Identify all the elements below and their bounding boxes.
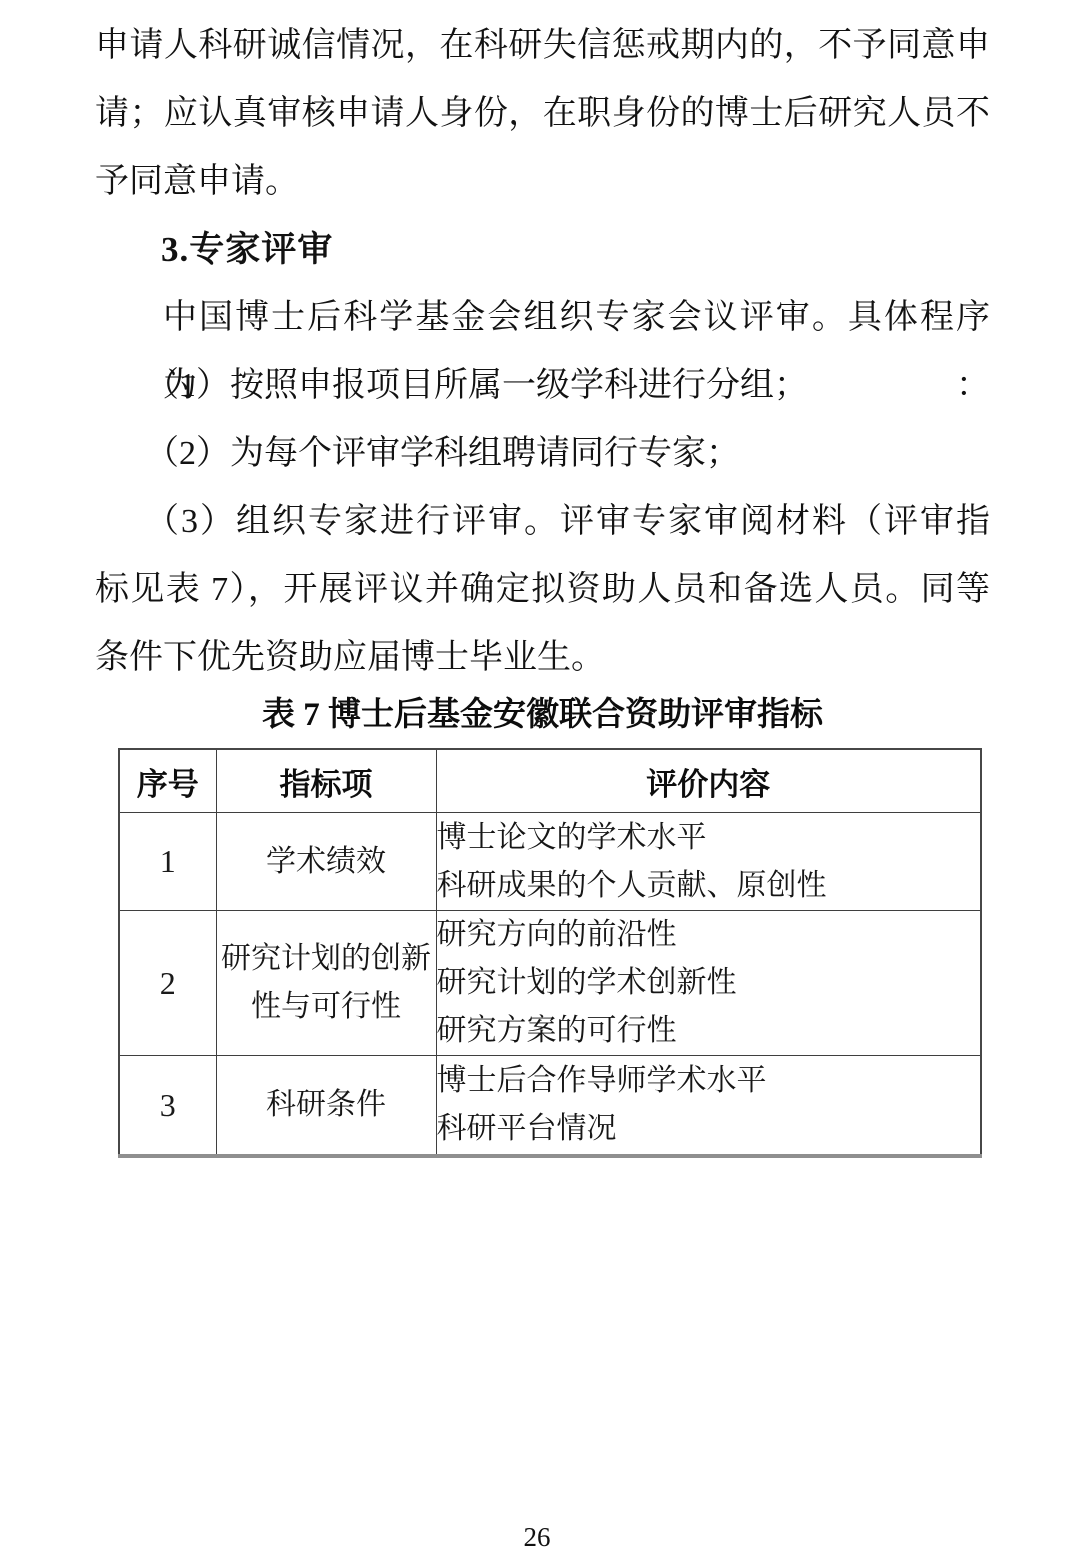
list-item: （2）为每个评审学科组聘请同行专家； [95,420,990,488]
table-cell-item: 科研条件 [216,1056,436,1157]
content-line: 博士论文的学术水平 [437,814,981,862]
item-line: 研究计划的创新 [217,935,436,983]
section-heading: 3.专家评审 [95,216,990,284]
content-line: 研究方向的前沿性 [437,911,981,959]
table-header-cell: 序号 [119,749,216,813]
table-row: 2 研究计划的创新 性与可行性 研究方向的前沿性 研究计划的学术创新性 研究方案… [119,911,981,1056]
table-cell-content: 博士论文的学术水平 科研成果的个人贡献、原创性 [436,813,981,911]
table-cell-no: 3 [119,1056,216,1157]
table-row: 3 科研条件 博士后合作导师学术水平 科研平台情况 [119,1056,981,1157]
paragraph-line: 中国博士后科学基金会组织专家会议评审。具体程序为： [95,284,990,352]
list-item-line: （3）组织专家进行评审。评审专家审阅材料（评审指 [95,488,990,556]
paragraph-line: 申请人科研诚信情况，在科研失信惩戒期内的，不予同意申 [95,12,990,80]
table-cell-item: 学术绩效 [216,813,436,911]
table-cell-no: 2 [119,911,216,1056]
table-row: 1 学术绩效 博士论文的学术水平 科研成果的个人贡献、原创性 [119,813,981,911]
table-cell-item: 研究计划的创新 性与可行性 [216,911,436,1056]
table-header-row: 序号 指标项 评价内容 [119,749,981,813]
page-number: 26 [0,1522,1074,1548]
paragraph-line: 标见表 7），开展评议并确定拟资助人员和备选人员。同等 [95,556,990,624]
table-cell-content: 博士后合作导师学术水平 科研平台情况 [436,1056,981,1157]
paragraph-line: 请；应认真审核申请人身份，在职身份的博士后研究人员不 [95,80,990,148]
document-body: 申请人科研诚信情况，在科研失信惩戒期内的，不予同意申 请；应认真审核申请人身份，… [95,12,990,1158]
content-line: 研究方案的可行性 [437,1007,981,1055]
review-criteria-table: 序号 指标项 评价内容 1 学术绩效 博士论文的学术水平 科研成果的个人贡献、原… [118,748,982,1158]
item-line: 学术绩效 [217,838,436,886]
document-page: 申请人科研诚信情况，在科研失信惩戒期内的，不予同意申 请；应认真审核申请人身份，… [0,0,1080,1548]
content-line: 博士后合作导师学术水平 [437,1057,981,1105]
table-cell-content: 研究方向的前沿性 研究计划的学术创新性 研究方案的可行性 [436,911,981,1056]
content-line: 研究计划的学术创新性 [437,959,981,1007]
table-header-cell: 指标项 [216,749,436,813]
paragraph-line: 条件下优先资助应届博士毕业生。 [95,624,990,692]
table-header-cell: 评价内容 [436,749,981,813]
paragraph-line: 予同意申请。 [95,148,990,216]
content-line: 科研平台情况 [437,1105,981,1153]
table-cell-no: 1 [119,813,216,911]
item-line: 科研条件 [217,1081,436,1129]
table-title: 表 7 博士后基金安徽联合资助评审指标 [95,692,990,738]
content-line: 科研成果的个人贡献、原创性 [437,862,981,910]
item-line: 性与可行性 [217,983,436,1031]
